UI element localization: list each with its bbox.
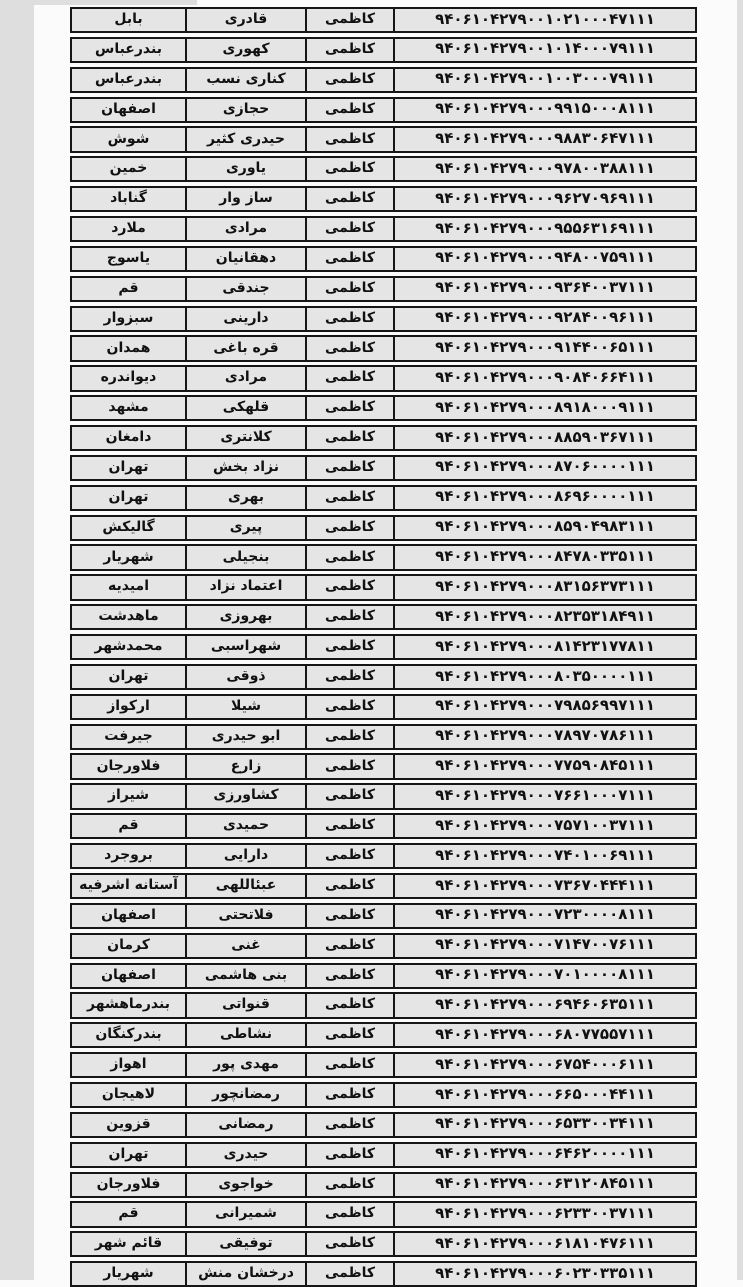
tracking-code-cell: ۹۴۰۶۱۰۴۲۷۹۰۰۰۷۷۵۹۰۸۴۵۱۱۱ bbox=[393, 755, 695, 777]
first-name-cell: کاظمی bbox=[305, 69, 393, 91]
first-name-cell: کاظمی bbox=[305, 1263, 393, 1280]
city-cell: قم bbox=[72, 1203, 185, 1225]
city-cell: بابل bbox=[72, 9, 185, 31]
city-cell: بروجرد bbox=[72, 845, 185, 867]
tracking-code-cell: ۹۴۰۶۱۰۴۲۷۹۰۰۰۸۰۳۵۰۰۰۰۱۱۱ bbox=[393, 666, 695, 688]
tracking-code-cell: ۹۴۰۶۱۰۴۲۷۹۰۰۰۷۲۳۰۰۰۰۸۱۱۱ bbox=[393, 905, 695, 927]
city-cell: همدان bbox=[72, 337, 185, 359]
city-cell: یاسوج bbox=[72, 248, 185, 270]
first-name-cell: کاظمی bbox=[305, 905, 393, 927]
first-name-cell: کاظمی bbox=[305, 576, 393, 598]
city-cell: بندرعباس bbox=[72, 39, 185, 61]
tracking-code-cell: ۹۴۰۶۱۰۴۲۷۹۰۰۰۸۵۹۰۴۹۸۳۱۱۱ bbox=[393, 517, 695, 539]
table-row: مشهد قلهکی کاظمی ۹۴۰۶۱۰۴۲۷۹۰۰۰۸۹۱۸۰۰۰۹۱۱… bbox=[70, 395, 697, 421]
table-row: تهران ذوقی کاظمی ۹۴۰۶۱۰۴۲۷۹۰۰۰۸۰۳۵۰۰۰۰۱۱… bbox=[70, 664, 697, 690]
scan-top-edge bbox=[0, 0, 197, 5]
first-name-cell: کاظمی bbox=[305, 1114, 393, 1136]
first-name-cell: کاظمی bbox=[305, 248, 393, 270]
table-row: قم حمیدی کاظمی ۹۴۰۶۱۰۴۲۷۹۰۰۰۷۵۷۱۰۰۳۷۱۱۱ bbox=[70, 813, 697, 839]
city-cell: بندرماهشهر bbox=[72, 994, 185, 1016]
last-name-cell: کشاورزی bbox=[185, 785, 305, 807]
city-cell: ماهدشت bbox=[72, 606, 185, 628]
table-row: لاهیجان رمضانچور کاظمی ۹۴۰۶۱۰۴۲۷۹۰۰۰۶۶۵۰… bbox=[70, 1082, 697, 1108]
tracking-code-cell: ۹۴۰۶۱۰۴۲۷۹۰۰۰۶۲۳۳۰۰۳۷۱۱۱ bbox=[393, 1203, 695, 1225]
city-cell: قم bbox=[72, 278, 185, 300]
first-name-cell: کاظمی bbox=[305, 99, 393, 121]
tracking-code-cell: ۹۴۰۶۱۰۴۲۷۹۰۰۰۶۹۴۶۰۶۳۵۱۱۱ bbox=[393, 994, 695, 1016]
last-name-cell: شهراسبی bbox=[185, 636, 305, 658]
tracking-code-cell: ۹۴۰۶۱۰۴۲۷۹۰۰۰۸۸۵۹۰۳۶۷۱۱۱ bbox=[393, 427, 695, 449]
first-name-cell: کاظمی bbox=[305, 875, 393, 897]
last-name-cell: درخشان منش bbox=[185, 1263, 305, 1280]
first-name-cell: کاظمی bbox=[305, 965, 393, 987]
first-name-cell: کاظمی bbox=[305, 755, 393, 777]
first-name-cell: کاظمی bbox=[305, 218, 393, 240]
city-cell: بندرکنگان bbox=[72, 1024, 185, 1046]
tracking-code-cell: ۹۴۰۶۱۰۴۲۷۹۰۰۰۷۰۱۰۰۰۰۸۱۱۱ bbox=[393, 965, 695, 987]
last-name-cell: بهری bbox=[185, 487, 305, 509]
first-name-cell: کاظمی bbox=[305, 39, 393, 61]
tracking-code-cell: ۹۴۰۶۱۰۴۲۷۹۰۰۰۸۷۰۶۰۰۰۰۱۱۱ bbox=[393, 457, 695, 479]
last-name-cell: دهقانیان bbox=[185, 248, 305, 270]
first-name-cell: کاظمی bbox=[305, 815, 393, 837]
first-name-cell: کاظمی bbox=[305, 397, 393, 419]
last-name-cell: دارایی bbox=[185, 845, 305, 867]
last-name-cell: حمیدی bbox=[185, 815, 305, 837]
table-row: دامغان کلانتری کاظمی ۹۴۰۶۱۰۴۲۷۹۰۰۰۸۸۵۹۰۳… bbox=[70, 425, 697, 451]
table-row: یاسوج دهقانیان کاظمی ۹۴۰۶۱۰۴۲۷۹۰۰۰۹۴۸۰۰۷… bbox=[70, 246, 697, 272]
first-name-cell: کاظمی bbox=[305, 158, 393, 180]
tracking-code-cell: ۹۴۰۶۱۰۴۲۷۹۰۰۰۹۵۵۶۳۱۶۹۱۱۱ bbox=[393, 218, 695, 240]
table-row: بندرماهشهر قنواتی کاظمی ۹۴۰۶۱۰۴۲۷۹۰۰۰۶۹۴… bbox=[70, 992, 697, 1018]
city-cell: فلاورجان bbox=[72, 755, 185, 777]
tracking-code-cell: ۹۴۰۶۱۰۴۲۷۹۰۰۰۷۶۶۱۰۰۰۷۱۱۱ bbox=[393, 785, 695, 807]
last-name-cell: پیری bbox=[185, 517, 305, 539]
table-row: شهریار بنجیلی کاظمی ۹۴۰۶۱۰۴۲۷۹۰۰۰۸۴۷۸۰۳۳… bbox=[70, 544, 697, 570]
tracking-code-cell: ۹۴۰۶۱۰۴۲۷۹۰۰۰۸۴۷۸۰۳۳۵۱۱۱ bbox=[393, 546, 695, 568]
tracking-code-cell: ۹۴۰۶۱۰۴۲۷۹۰۰۰۷۱۴۷۰۰۷۶۱۱۱ bbox=[393, 935, 695, 957]
records-table: بابل قادری کاظمی ۹۴۰۶۱۰۴۲۷۹۰۰۱۰۲۱۰۰۰۴۷۱۱… bbox=[70, 7, 697, 1280]
last-name-cell: حجازی bbox=[185, 99, 305, 121]
tracking-code-cell: ۹۴۰۶۱۰۴۲۷۹۰۰۰۷۵۷۱۰۰۳۷۱۱۱ bbox=[393, 815, 695, 837]
last-name-cell: ذوقی bbox=[185, 666, 305, 688]
last-name-cell: دارینی bbox=[185, 308, 305, 330]
tracking-code-cell: ۹۴۰۶۱۰۴۲۷۹۰۰۰۶۴۶۲۰۰۰۰۱۱۱ bbox=[393, 1144, 695, 1166]
first-name-cell: کاظمی bbox=[305, 994, 393, 1016]
first-name-cell: کاظمی bbox=[305, 188, 393, 210]
first-name-cell: کاظمی bbox=[305, 666, 393, 688]
last-name-cell: کلانتری bbox=[185, 427, 305, 449]
first-name-cell: کاظمی bbox=[305, 457, 393, 479]
table-row: تهران حیدری کاظمی ۹۴۰۶۱۰۴۲۷۹۰۰۰۶۴۶۲۰۰۰۰۱… bbox=[70, 1142, 697, 1168]
city-cell: سبزوار bbox=[72, 308, 185, 330]
city-cell: شهریار bbox=[72, 546, 185, 568]
table-row: بندرعباس کهوری کاظمی ۹۴۰۶۱۰۴۲۷۹۰۰۱۰۱۴۰۰۰… bbox=[70, 37, 697, 63]
city-cell: فلاورجان bbox=[72, 1174, 185, 1196]
last-name-cell: مهدی پور bbox=[185, 1054, 305, 1076]
last-name-cell: قره باغی bbox=[185, 337, 305, 359]
tracking-code-cell: ۹۴۰۶۱۰۴۲۷۹۰۰۰۶۳۱۲۰۸۴۵۱۱۱ bbox=[393, 1174, 695, 1196]
city-cell: گالیکش bbox=[72, 517, 185, 539]
table-row: بندرعباس کناری نسب کاظمی ۹۴۰۶۱۰۴۲۷۹۰۰۱۰۰… bbox=[70, 67, 697, 93]
table-row: فلاورجان زارع کاظمی ۹۴۰۶۱۰۴۲۷۹۰۰۰۷۷۵۹۰۸۴… bbox=[70, 753, 697, 779]
last-name-cell: مرادی bbox=[185, 218, 305, 240]
city-cell: محمدشهر bbox=[72, 636, 185, 658]
table-row: اصفهان بنی هاشمی کاظمی ۹۴۰۶۱۰۴۲۷۹۰۰۰۷۰۱۰… bbox=[70, 963, 697, 989]
first-name-cell: کاظمی bbox=[305, 517, 393, 539]
first-name-cell: کاظمی bbox=[305, 1233, 393, 1255]
last-name-cell: قلهکی bbox=[185, 397, 305, 419]
city-cell: قائم شهر bbox=[72, 1233, 185, 1255]
first-name-cell: کاظمی bbox=[305, 278, 393, 300]
tracking-code-cell: ۹۴۰۶۱۰۴۲۷۹۰۰۰۹۹۱۵۰۰۰۸۱۱۱ bbox=[393, 99, 695, 121]
table-row: ماهدشت بهروزی کاظمی ۹۴۰۶۱۰۴۲۷۹۰۰۰۸۲۳۵۳۱۸… bbox=[70, 604, 697, 630]
city-cell: تهران bbox=[72, 666, 185, 688]
last-name-cell: فلاتحتی bbox=[185, 905, 305, 927]
tracking-code-cell: ۹۴۰۶۱۰۴۲۷۹۰۰۱۰۲۱۰۰۰۴۷۱۱۱ bbox=[393, 9, 695, 31]
table-row: قائم شهر توفیقی کاظمی ۹۴۰۶۱۰۴۲۷۹۰۰۰۶۱۸۱۰… bbox=[70, 1231, 697, 1257]
table-row: محمدشهر شهراسبی کاظمی ۹۴۰۶۱۰۴۲۷۹۰۰۰۸۱۴۲۳… bbox=[70, 634, 697, 660]
city-cell: دامغان bbox=[72, 427, 185, 449]
table-row: شوش حیدری کثیر کاظمی ۹۴۰۶۱۰۴۲۷۹۰۰۰۹۸۸۳۰۶… bbox=[70, 126, 697, 152]
table-row: خمین یاوری کاظمی ۹۴۰۶۱۰۴۲۷۹۰۰۰۹۷۸۰۰۳۸۸۱۱… bbox=[70, 156, 697, 182]
first-name-cell: کاظمی bbox=[305, 1144, 393, 1166]
tracking-code-cell: ۹۴۰۶۱۰۴۲۷۹۰۰۰۶۰۲۳۰۳۳۵۱۱۱ bbox=[393, 1263, 695, 1280]
last-name-cell: نشاطی bbox=[185, 1024, 305, 1046]
tracking-code-cell: ۹۴۰۶۱۰۴۲۷۹۰۰۰۹۸۸۳۰۶۴۷۱۱۱ bbox=[393, 128, 695, 150]
first-name-cell: کاظمی bbox=[305, 337, 393, 359]
last-name-cell: توفیقی bbox=[185, 1233, 305, 1255]
tracking-code-cell: ۹۴۰۶۱۰۴۲۷۹۰۰۰۹۷۸۰۰۳۸۸۱۱۱ bbox=[393, 158, 695, 180]
last-name-cell: عبئاللهی bbox=[185, 875, 305, 897]
tracking-code-cell: ۹۴۰۶۱۰۴۲۷۹۰۰۰۹۰۸۴۰۶۶۴۱۱۱ bbox=[393, 367, 695, 389]
table-row: بروجرد دارایی کاظمی ۹۴۰۶۱۰۴۲۷۹۰۰۰۷۴۰۱۰۰۶… bbox=[70, 843, 697, 869]
tracking-code-cell: ۹۴۰۶۱۰۴۲۷۹۰۰۰۸۹۱۸۰۰۰۹۱۱۱ bbox=[393, 397, 695, 419]
last-name-cell: حیدری کثیر bbox=[185, 128, 305, 150]
tracking-code-cell: ۹۴۰۶۱۰۴۲۷۹۰۰۰۶۱۸۱۰۴۷۶۱۱۱ bbox=[393, 1233, 695, 1255]
last-name-cell: حیدری bbox=[185, 1144, 305, 1166]
last-name-cell: ابو حیدری bbox=[185, 726, 305, 748]
first-name-cell: کاظمی bbox=[305, 487, 393, 509]
last-name-cell: یاوری bbox=[185, 158, 305, 180]
last-name-cell: بهروزی bbox=[185, 606, 305, 628]
tracking-code-cell: ۹۴۰۶۱۰۴۲۷۹۰۰۰۹۱۴۴۰۰۶۵۱۱۱ bbox=[393, 337, 695, 359]
tracking-code-cell: ۹۴۰۶۱۰۴۲۷۹۰۰۰۸۱۴۲۳۱۷۷۸۱۱ bbox=[393, 636, 695, 658]
table-row: سبزوار دارینی کاظمی ۹۴۰۶۱۰۴۲۷۹۰۰۰۹۲۸۴۰۰۹… bbox=[70, 306, 697, 332]
scan-left-edge bbox=[0, 0, 34, 1280]
last-name-cell: کهوری bbox=[185, 39, 305, 61]
city-cell: امیدیه bbox=[72, 576, 185, 598]
first-name-cell: کاظمی bbox=[305, 9, 393, 31]
table-row: همدان قره باغی کاظمی ۹۴۰۶۱۰۴۲۷۹۰۰۰۹۱۴۴۰۰… bbox=[70, 335, 697, 361]
tracking-code-cell: ۹۴۰۶۱۰۴۲۷۹۰۰۰۷۳۶۷۰۴۴۴۱۱۱ bbox=[393, 875, 695, 897]
table-row: اهواز مهدی پور کاظمی ۹۴۰۶۱۰۴۲۷۹۰۰۰۶۷۵۴۰۰… bbox=[70, 1052, 697, 1078]
table-row: قم شمیرانی کاظمی ۹۴۰۶۱۰۴۲۷۹۰۰۰۶۲۳۳۰۰۳۷۱۱… bbox=[70, 1201, 697, 1227]
table-row: کرمان غنی کاظمی ۹۴۰۶۱۰۴۲۷۹۰۰۰۷۱۴۷۰۰۷۶۱۱۱ bbox=[70, 933, 697, 959]
first-name-cell: کاظمی bbox=[305, 1054, 393, 1076]
tracking-code-cell: ۹۴۰۶۱۰۴۲۷۹۰۰۰۹۶۲۷۰۹۶۹۱۱۱ bbox=[393, 188, 695, 210]
tracking-code-cell: ۹۴۰۶۱۰۴۲۷۹۰۰۰۷۴۰۱۰۰۶۹۱۱۱ bbox=[393, 845, 695, 867]
last-name-cell: قنواتی bbox=[185, 994, 305, 1016]
city-cell: مشهد bbox=[72, 397, 185, 419]
city-cell: شیراز bbox=[72, 785, 185, 807]
first-name-cell: کاظمی bbox=[305, 1203, 393, 1225]
city-cell: گناباد bbox=[72, 188, 185, 210]
last-name-cell: اعتماد نزاد bbox=[185, 576, 305, 598]
tracking-code-cell: ۹۴۰۶۱۰۴۲۷۹۰۰۰۷۸۹۷۰۷۸۶۱۱۱ bbox=[393, 726, 695, 748]
city-cell: اصفهان bbox=[72, 905, 185, 927]
first-name-cell: کاظمی bbox=[305, 606, 393, 628]
city-cell: ارکواز bbox=[72, 696, 185, 718]
table-row: گالیکش پیری کاظمی ۹۴۰۶۱۰۴۲۷۹۰۰۰۸۵۹۰۴۹۸۳۱… bbox=[70, 515, 697, 541]
city-cell: جیرفت bbox=[72, 726, 185, 748]
tracking-code-cell: ۹۴۰۶۱۰۴۲۷۹۰۰۱۰۰۳۰۰۰۷۹۱۱۱ bbox=[393, 69, 695, 91]
tracking-code-cell: ۹۴۰۶۱۰۴۲۷۹۰۰۰۸۶۹۶۰۰۰۰۱۱۱ bbox=[393, 487, 695, 509]
city-cell: تهران bbox=[72, 457, 185, 479]
last-name-cell: قادری bbox=[185, 9, 305, 31]
city-cell: خمین bbox=[72, 158, 185, 180]
scan-right-edge bbox=[737, 0, 743, 1280]
first-name-cell: کاظمی bbox=[305, 128, 393, 150]
city-cell: لاهیجان bbox=[72, 1084, 185, 1106]
table-row: ارکواز شیلا کاظمی ۹۴۰۶۱۰۴۲۷۹۰۰۰۷۹۸۵۶۹۹۷۱… bbox=[70, 694, 697, 720]
city-cell: تهران bbox=[72, 1144, 185, 1166]
last-name-cell: ساز وار bbox=[185, 188, 305, 210]
city-cell: شهریار bbox=[72, 1263, 185, 1280]
table-row: قزوین رمضانی کاظمی ۹۴۰۶۱۰۴۲۷۹۰۰۰۶۵۳۳۰۰۳۴… bbox=[70, 1112, 697, 1138]
tracking-code-cell: ۹۴۰۶۱۰۴۲۷۹۰۰۱۰۱۴۰۰۰۷۹۱۱۱ bbox=[393, 39, 695, 61]
first-name-cell: کاظمی bbox=[305, 696, 393, 718]
table-row: جیرفت ابو حیدری کاظمی ۹۴۰۶۱۰۴۲۷۹۰۰۰۷۸۹۷۰… bbox=[70, 724, 697, 750]
last-name-cell: بنی هاشمی bbox=[185, 965, 305, 987]
table-row: بندرکنگان نشاطی کاظمی ۹۴۰۶۱۰۴۲۷۹۰۰۰۶۸۰۷۷… bbox=[70, 1022, 697, 1048]
first-name-cell: کاظمی bbox=[305, 427, 393, 449]
tracking-code-cell: ۹۴۰۶۱۰۴۲۷۹۰۰۰۶۵۳۳۰۰۳۴۱۱۱ bbox=[393, 1114, 695, 1136]
last-name-cell: شمیرانی bbox=[185, 1203, 305, 1225]
city-cell: قم bbox=[72, 815, 185, 837]
table-row: دیواندره مرادی کاظمی ۹۴۰۶۱۰۴۲۷۹۰۰۰۹۰۸۴۰۶… bbox=[70, 365, 697, 391]
tracking-code-cell: ۹۴۰۶۱۰۴۲۷۹۰۰۰۷۹۸۵۶۹۹۷۱۱۱ bbox=[393, 696, 695, 718]
last-name-cell: رمضانچور bbox=[185, 1084, 305, 1106]
table-row: تهران بهری کاظمی ۹۴۰۶۱۰۴۲۷۹۰۰۰۸۶۹۶۰۰۰۰۱۱… bbox=[70, 485, 697, 511]
tracking-code-cell: ۹۴۰۶۱۰۴۲۷۹۰۰۰۹۴۸۰۰۷۵۹۱۱۱ bbox=[393, 248, 695, 270]
first-name-cell: کاظمی bbox=[305, 546, 393, 568]
table-row: بابل قادری کاظمی ۹۴۰۶۱۰۴۲۷۹۰۰۱۰۲۱۰۰۰۴۷۱۱… bbox=[70, 7, 697, 33]
first-name-cell: کاظمی bbox=[305, 1024, 393, 1046]
table-row: فلاورجان خواجوی کاظمی ۹۴۰۶۱۰۴۲۷۹۰۰۰۶۳۱۲۰… bbox=[70, 1172, 697, 1198]
first-name-cell: کاظمی bbox=[305, 1084, 393, 1106]
last-name-cell: شیلا bbox=[185, 696, 305, 718]
first-name-cell: کاظمی bbox=[305, 935, 393, 957]
first-name-cell: کاظمی bbox=[305, 785, 393, 807]
first-name-cell: کاظمی bbox=[305, 636, 393, 658]
table-row: گناباد ساز وار کاظمی ۹۴۰۶۱۰۴۲۷۹۰۰۰۹۶۲۷۰۹… bbox=[70, 186, 697, 212]
last-name-cell: رمضانی bbox=[185, 1114, 305, 1136]
city-cell: بندرعباس bbox=[72, 69, 185, 91]
first-name-cell: کاظمی bbox=[305, 845, 393, 867]
city-cell: اصفهان bbox=[72, 965, 185, 987]
table-row: امیدیه اعتماد نزاد کاظمی ۹۴۰۶۱۰۴۲۷۹۰۰۰۸۳… bbox=[70, 574, 697, 600]
city-cell: ملارد bbox=[72, 218, 185, 240]
last-name-cell: بنجیلی bbox=[185, 546, 305, 568]
last-name-cell: مرادی bbox=[185, 367, 305, 389]
city-cell: اهواز bbox=[72, 1054, 185, 1076]
city-cell: اصفهان bbox=[72, 99, 185, 121]
city-cell: آستانه اشرفیه bbox=[72, 875, 185, 897]
last-name-cell: جندقی bbox=[185, 278, 305, 300]
city-cell: شوش bbox=[72, 128, 185, 150]
first-name-cell: کاظمی bbox=[305, 726, 393, 748]
city-cell: تهران bbox=[72, 487, 185, 509]
city-cell: قزوین bbox=[72, 1114, 185, 1136]
tracking-code-cell: ۹۴۰۶۱۰۴۲۷۹۰۰۰۶۷۵۴۰۰۰۶۱۱۱ bbox=[393, 1054, 695, 1076]
tracking-code-cell: ۹۴۰۶۱۰۴۲۷۹۰۰۰۶۶۵۰۰۰۴۴۱۱۱ bbox=[393, 1084, 695, 1106]
first-name-cell: کاظمی bbox=[305, 1174, 393, 1196]
table-row: اصفهان فلاتحتی کاظمی ۹۴۰۶۱۰۴۲۷۹۰۰۰۷۲۳۰۰۰… bbox=[70, 903, 697, 929]
last-name-cell: خواجوی bbox=[185, 1174, 305, 1196]
last-name-cell: زارع bbox=[185, 755, 305, 777]
table-row: شیراز کشاورزی کاظمی ۹۴۰۶۱۰۴۲۷۹۰۰۰۷۶۶۱۰۰۰… bbox=[70, 783, 697, 809]
last-name-cell: غنی bbox=[185, 935, 305, 957]
table-row: شهریار درخشان منش کاظمی ۹۴۰۶۱۰۴۲۷۹۰۰۰۶۰۲… bbox=[70, 1261, 697, 1280]
table-row: قم جندقی کاظمی ۹۴۰۶۱۰۴۲۷۹۰۰۰۹۳۶۴۰۰۳۷۱۱۱ bbox=[70, 276, 697, 302]
last-name-cell: نزاد بخش bbox=[185, 457, 305, 479]
last-name-cell: کناری نسب bbox=[185, 69, 305, 91]
tracking-code-cell: ۹۴۰۶۱۰۴۲۷۹۰۰۰۹۲۸۴۰۰۹۶۱۱۱ bbox=[393, 308, 695, 330]
table-row: تهران نزاد بخش کاظمی ۹۴۰۶۱۰۴۲۷۹۰۰۰۸۷۰۶۰۰… bbox=[70, 455, 697, 481]
tracking-code-cell: ۹۴۰۶۱۰۴۲۷۹۰۰۰۹۳۶۴۰۰۳۷۱۱۱ bbox=[393, 278, 695, 300]
first-name-cell: کاظمی bbox=[305, 367, 393, 389]
tracking-code-cell: ۹۴۰۶۱۰۴۲۷۹۰۰۰۶۸۰۷۷۵۵۷۱۱۱ bbox=[393, 1024, 695, 1046]
table-row: ملارد مرادی کاظمی ۹۴۰۶۱۰۴۲۷۹۰۰۰۹۵۵۶۳۱۶۹۱… bbox=[70, 216, 697, 242]
table-row: آستانه اشرفیه عبئاللهی کاظمی ۹۴۰۶۱۰۴۲۷۹۰… bbox=[70, 873, 697, 899]
tracking-code-cell: ۹۴۰۶۱۰۴۲۷۹۰۰۰۸۲۳۵۳۱۸۴۹۱۱ bbox=[393, 606, 695, 628]
first-name-cell: کاظمی bbox=[305, 308, 393, 330]
tracking-code-cell: ۹۴۰۶۱۰۴۲۷۹۰۰۰۸۳۱۵۶۳۷۳۱۱۱ bbox=[393, 576, 695, 598]
city-cell: کرمان bbox=[72, 935, 185, 957]
city-cell: دیواندره bbox=[72, 367, 185, 389]
table-row: اصفهان حجازی کاظمی ۹۴۰۶۱۰۴۲۷۹۰۰۰۹۹۱۵۰۰۰۸… bbox=[70, 97, 697, 123]
